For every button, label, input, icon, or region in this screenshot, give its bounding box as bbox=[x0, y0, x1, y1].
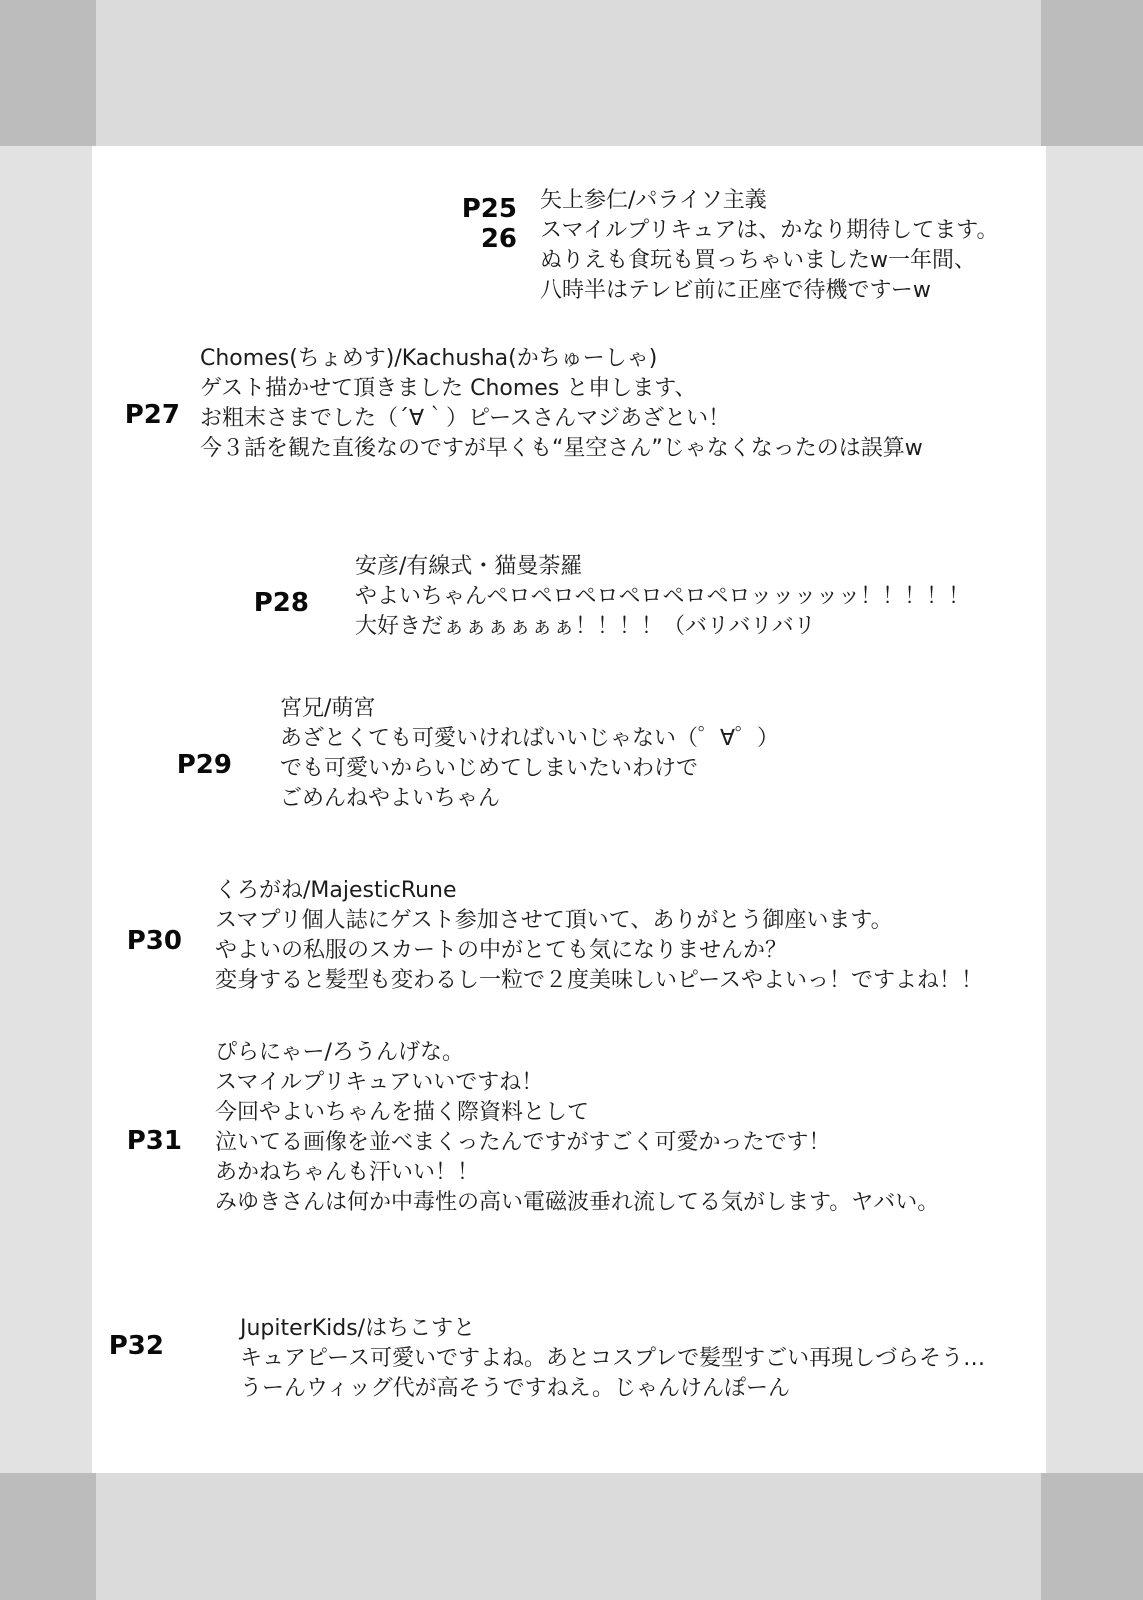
scan-corner-bottom-right bbox=[1041, 1473, 1143, 1600]
comment-line: 今回やよいちゃんを描く際資料として bbox=[215, 1098, 939, 1128]
comment-line: 今３話を観た直後なのですが早くも“星空さん”じゃなくなったのは誤算w bbox=[200, 434, 923, 464]
entry-p31: ぴらにゃー/ろうんげな。 スマイルプリキュアいいですね！今回やよいちゃんを描く際… bbox=[215, 1038, 939, 1218]
scan-corner-top-left bbox=[0, 0, 96, 146]
comment-lines: スマイルプリキュアは、かなり期待してます。ぬりえも食玩も買っちゃいましたw一年間… bbox=[540, 216, 998, 306]
comment-line: みゆきさんは何か中毒性の高い電磁波垂れ流してる気がします。ヤバい。 bbox=[215, 1188, 939, 1218]
comment-line: やよいの私服のスカートの中がとても気になりませんか？ bbox=[215, 936, 983, 966]
comment-line: スマプリ個人誌にゲスト参加させて頂いて、ありがとう御座います。 bbox=[215, 906, 983, 936]
artist-credit: ぴらにゃー/ろうんげな。 bbox=[215, 1038, 939, 1068]
comment-line: ぬりえも食玩も買っちゃいましたw一年間、 bbox=[540, 246, 998, 276]
page-number-label-second: 26 bbox=[453, 226, 517, 252]
comment-line: お粗末さまでした（´∀｀）ピースさんマジあざとい！ bbox=[200, 404, 923, 434]
comment-line: あかねちゃんも汗いい！！ bbox=[215, 1158, 939, 1188]
scanned-page: P25 26 矢上参仁/パライソ主義 スマイルプリキュアは、かなり期待してます。… bbox=[0, 0, 1143, 1600]
comment-line: ゲスト描かせて頂きました Chomes と申します、 bbox=[200, 374, 923, 404]
page-number-label: P27 bbox=[116, 402, 180, 428]
page-number-label: P32 bbox=[100, 1333, 164, 1359]
scan-border-bottom bbox=[0, 1473, 1143, 1600]
artist-credit: Chomes(ちょめす)/Kachusha(かちゅーしゃ) bbox=[200, 344, 923, 374]
comment-line: やよいちゃんペロペロペロペロペロペロッッッッッ！！！！！ bbox=[355, 582, 970, 612]
comment-lines: あざとくても可愛いければいいじゃない（゜∀゜）でも可愛いからいじめてしまいたいわ… bbox=[280, 724, 779, 814]
scan-corner-bottom-left bbox=[0, 1473, 96, 1600]
artist-credit: 矢上参仁/パライソ主義 bbox=[540, 186, 998, 216]
artist-credit: くろがね/MajesticRune bbox=[215, 876, 983, 906]
artist-credit: 安彦/有線式・猫曼荼羅 bbox=[355, 552, 970, 582]
comment-line: キュアピース可愛いですよね。あとコスプレで髪型すごい再現しづらそう… bbox=[240, 1344, 985, 1374]
comment-line: 泣いてる画像を並べまくったんですがすごく可愛かったです！ bbox=[215, 1128, 939, 1158]
entry-p28: 安彦/有線式・猫曼荼羅 やよいちゃんペロペロペロペロペロペロッッッッッ！！！！！… bbox=[355, 552, 970, 642]
comment-line: でも可愛いからいじめてしまいたいわけで bbox=[280, 754, 779, 784]
comment-line: 八時半はテレビ前に正座で待機ですーw bbox=[540, 276, 998, 306]
comment-lines: ゲスト描かせて頂きました Chomes と申します、お粗末さまでした（´∀｀）ピ… bbox=[200, 374, 923, 464]
page-number-label: P25 bbox=[453, 196, 517, 222]
comment-line: あざとくても可愛いければいいじゃない（゜∀゜） bbox=[280, 724, 779, 754]
entry-p25: 矢上参仁/パライソ主義 スマイルプリキュアは、かなり期待してます。ぬりえも食玩も… bbox=[540, 186, 998, 306]
entry-p29: 宮兄/萌宮 あざとくても可愛いければいいじゃない（゜∀゜）でも可愛いからいじめて… bbox=[280, 694, 779, 814]
comment-line: うーんウィッグ代が高そうですねえ。じゃんけんぽーん bbox=[240, 1374, 985, 1404]
comment-line: スマイルプリキュアは、かなり期待してます。 bbox=[540, 216, 998, 246]
page-number-label: P28 bbox=[245, 590, 309, 616]
comment-line: スマイルプリキュアいいですね！ bbox=[215, 1068, 939, 1098]
comment-line: ごめんねやよいちゃん bbox=[280, 784, 779, 814]
comment-line: 大好きだぁぁぁぁぁぁ！！！！（バリバリバリ bbox=[355, 612, 970, 642]
page-number-label: P31 bbox=[118, 1128, 182, 1154]
entry-p30: くろがね/MajesticRune スマプリ個人誌にゲスト参加させて頂いて、あり… bbox=[215, 876, 983, 996]
scan-border-left bbox=[0, 146, 92, 1473]
entry-p32: JupiterKids/はちこすと キュアピース可愛いですよね。あとコスプレで髪… bbox=[240, 1314, 985, 1404]
scan-border-top bbox=[0, 0, 1143, 146]
comment-lines: やよいちゃんペロペロペロペロペロペロッッッッッ！！！！！大好きだぁぁぁぁぁぁ！！… bbox=[355, 582, 970, 642]
page-number-label: P30 bbox=[118, 928, 182, 954]
comment-lines: キュアピース可愛いですよね。あとコスプレで髪型すごい再現しづらそう…うーんウィッ… bbox=[240, 1344, 985, 1404]
comment-lines: スマプリ個人誌にゲスト参加させて頂いて、ありがとう御座います。やよいの私服のスカ… bbox=[215, 906, 983, 996]
entry-p27: Chomes(ちょめす)/Kachusha(かちゅーしゃ) ゲスト描かせて頂きま… bbox=[200, 344, 923, 464]
page-number-label: P29 bbox=[168, 752, 232, 778]
comment-lines: スマイルプリキュアいいですね！今回やよいちゃんを描く際資料として泣いてる画像を並… bbox=[215, 1068, 939, 1218]
artist-credit: 宮兄/萌宮 bbox=[280, 694, 779, 724]
comment-line: 変身すると髪型も変わるし一粒で２度美味しいピースやよいっ！ですよね！！ bbox=[215, 966, 983, 996]
artist-credit: JupiterKids/はちこすと bbox=[240, 1314, 985, 1344]
scan-border-right bbox=[1046, 146, 1143, 1473]
scan-corner-top-right bbox=[1041, 0, 1143, 146]
